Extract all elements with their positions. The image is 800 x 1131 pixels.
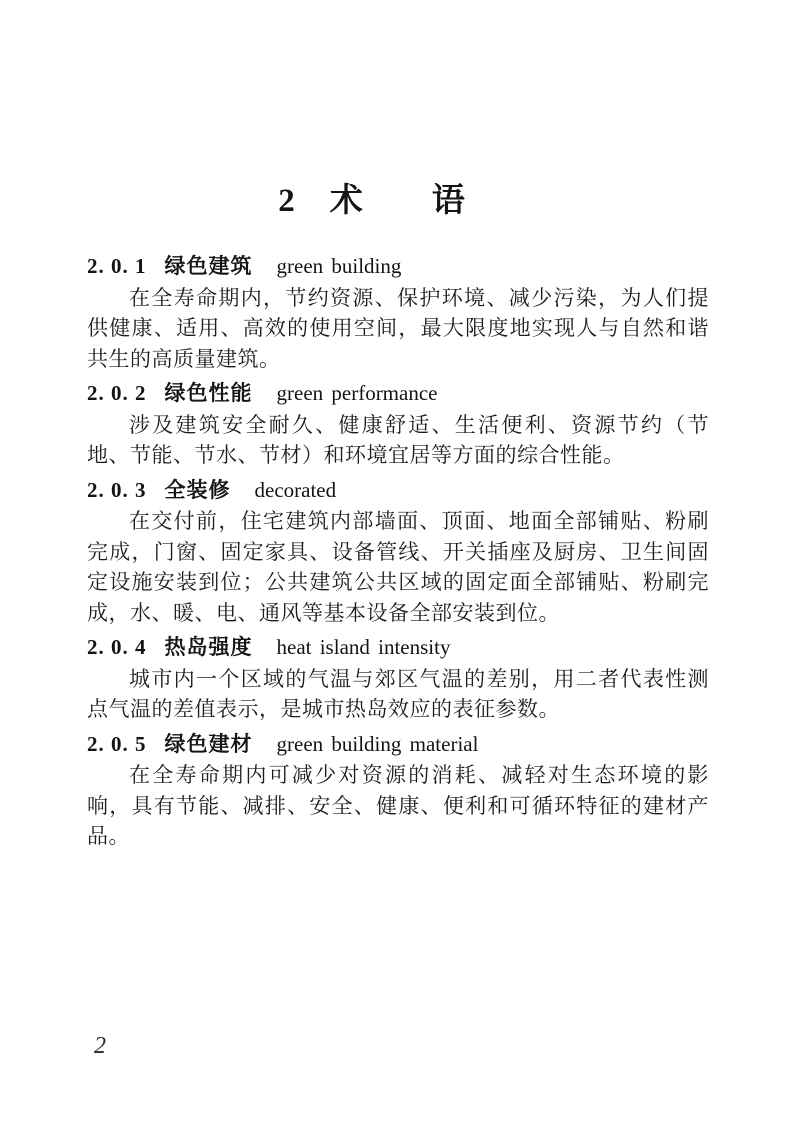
term-number: 2. 0. 1	[87, 254, 147, 278]
term-definition: 在全寿命期内，节约资源、保护环境、减少污染，为人们提供健康、适用、高效的使用空间…	[87, 283, 709, 375]
term-name-en: green building	[277, 254, 402, 278]
term-definition: 在全寿命期内可减少对资源的消耗、减轻对生态环境的影响，具有节能、减排、安全、健康…	[87, 760, 709, 852]
term-name-zh: 绿色建材	[165, 733, 253, 756]
term-entry-2-0-5: 2. 0. 5绿色建材green building material 在全寿命期…	[87, 729, 709, 852]
term-number: 2. 0. 2	[87, 381, 147, 405]
page-number: 2	[94, 1033, 106, 1060]
term-heading: 2. 0. 2绿色性能green performance	[87, 378, 709, 410]
term-name-zh: 绿色建筑	[165, 255, 253, 278]
term-number: 2. 0. 5	[87, 732, 147, 756]
term-name-zh: 热岛强度	[165, 636, 253, 659]
term-heading: 2. 0. 3全装修decorated	[87, 475, 709, 507]
term-entry-2-0-4: 2. 0. 4热岛强度heat island intensity 城市内一个区域…	[87, 632, 709, 725]
term-heading: 2. 0. 5绿色建材green building material	[87, 729, 709, 761]
term-heading: 2. 0. 1绿色建筑green building	[87, 251, 709, 283]
term-entry-2-0-2: 2. 0. 2绿色性能green performance 涉及建筑安全耐久、健康…	[87, 378, 709, 471]
terms-section: 2. 0. 1绿色建筑green building 在全寿命期内，节约资源、保护…	[87, 251, 709, 852]
term-entry-2-0-1: 2. 0. 1绿色建筑green building 在全寿命期内，节约资源、保护…	[87, 251, 709, 374]
document-page: 2 术 语 2. 0. 1绿色建筑green building 在全寿命期内，节…	[0, 0, 800, 1131]
term-name-en: green building material	[277, 732, 479, 756]
term-entry-2-0-3: 2. 0. 3全装修decorated 在交付前，住宅建筑内部墙面、顶面、地面全…	[87, 475, 709, 629]
term-number: 2. 0. 3	[87, 478, 147, 502]
term-name-en: heat island intensity	[277, 635, 451, 659]
term-number: 2. 0. 4	[87, 635, 147, 659]
term-name-en: decorated	[255, 478, 337, 502]
term-name-zh: 全装修	[165, 479, 231, 502]
term-definition: 城市内一个区域的气温与郊区气温的差别，用二者代表性测点气温的差值表示，是城市热岛…	[87, 664, 709, 725]
term-heading: 2. 0. 4热岛强度heat island intensity	[87, 632, 709, 664]
term-definition: 在交付前，住宅建筑内部墙面、顶面、地面全部铺贴、粉刷完成，门窗、固定家具、设备管…	[87, 506, 709, 628]
chapter-title: 2 术 语	[87, 174, 709, 221]
term-definition: 涉及建筑安全耐久、健康舒适、生活便利、资源节约（节地、节能、节水、节材）和环境宜…	[87, 410, 709, 471]
term-name-en: green performance	[277, 381, 438, 405]
term-name-zh: 绿色性能	[165, 382, 253, 405]
